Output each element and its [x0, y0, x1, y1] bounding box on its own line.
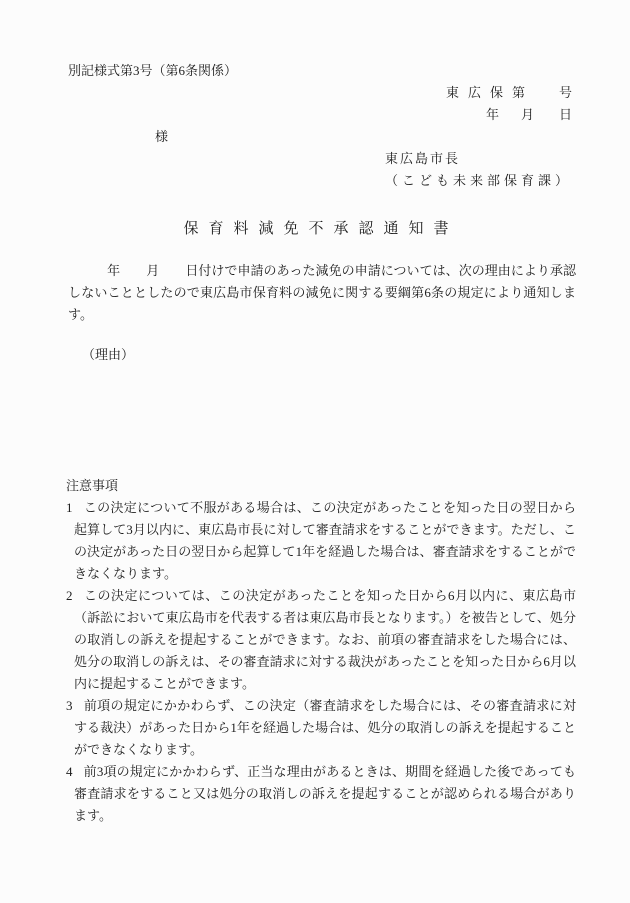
- note-gap: [73, 511, 84, 512]
- form-number: 別記様式第3号（第6条関係）: [68, 60, 630, 82]
- sender-department: （こども未来部保育課）: [385, 170, 630, 192]
- note-gap: [73, 775, 84, 776]
- date-year-label: 年: [486, 107, 499, 122]
- note-number: 3: [66, 698, 73, 713]
- doc-number-blank: [534, 96, 559, 97]
- addressee-suffix: 様: [155, 129, 168, 144]
- date-line: 年月日: [0, 104, 572, 126]
- doc-number-suffix: 号: [559, 85, 572, 100]
- document-title: 保育料減免不承認通知書: [0, 218, 630, 240]
- note-number: 1: [66, 500, 73, 515]
- note-number: 4: [66, 764, 73, 779]
- doc-number-prefix: 東広保第: [446, 85, 534, 100]
- doc-number-line: 東広保第号: [0, 82, 572, 104]
- note-gap: [73, 709, 84, 710]
- note-item: 3前項の規定にかかわらず、この決定（審査請求をした場合には、その審査請求に対する…: [66, 695, 576, 761]
- notes-heading: 注意事項: [66, 475, 630, 497]
- note-gap: [73, 599, 84, 600]
- note-text: この決定については、この決定があったことを知った日から6月以内に、東広島市（訴訟…: [74, 588, 576, 691]
- note-item: 2この決定については、この決定があったことを知った日から6月以内に、東広島市（訴…: [66, 585, 576, 695]
- document-page: 別記様式第3号（第6条関係） 東広保第号 年月日 様 東広島市長 （こども未来部…: [0, 0, 630, 903]
- body-paragraph: 年 月 日付けで申請のあった減免の申請については、次の理由により承認しないことと…: [68, 260, 576, 326]
- note-text: この決定について不服がある場合は、この決定があったことを知った日の翌日から起算し…: [74, 500, 576, 581]
- date-day-label: 日: [559, 107, 572, 122]
- addressee-line: 様: [155, 126, 630, 148]
- note-item: 4前3項の規定にかかわらず、正当な理由があるときは、期間を経過した後であっても審…: [66, 761, 576, 827]
- date-month-blank: [499, 118, 521, 119]
- note-item: 1この決定について不服がある場合は、この決定があったことを知った日の翌日から起算…: [66, 497, 576, 585]
- note-text: 前3項の規定にかかわらず、正当な理由があるときは、期間を経過した後であっても審査…: [74, 764, 576, 823]
- reason-label: （理由）: [82, 344, 630, 366]
- date-month-label: 月: [521, 107, 534, 122]
- note-text: 前項の規定にかかわらず、この決定（審査請求をした場合には、その審査請求に対する裁…: [74, 698, 576, 757]
- date-day-blank: [534, 118, 559, 119]
- sender-name: 東広島市長: [385, 148, 630, 170]
- note-number: 2: [66, 588, 73, 603]
